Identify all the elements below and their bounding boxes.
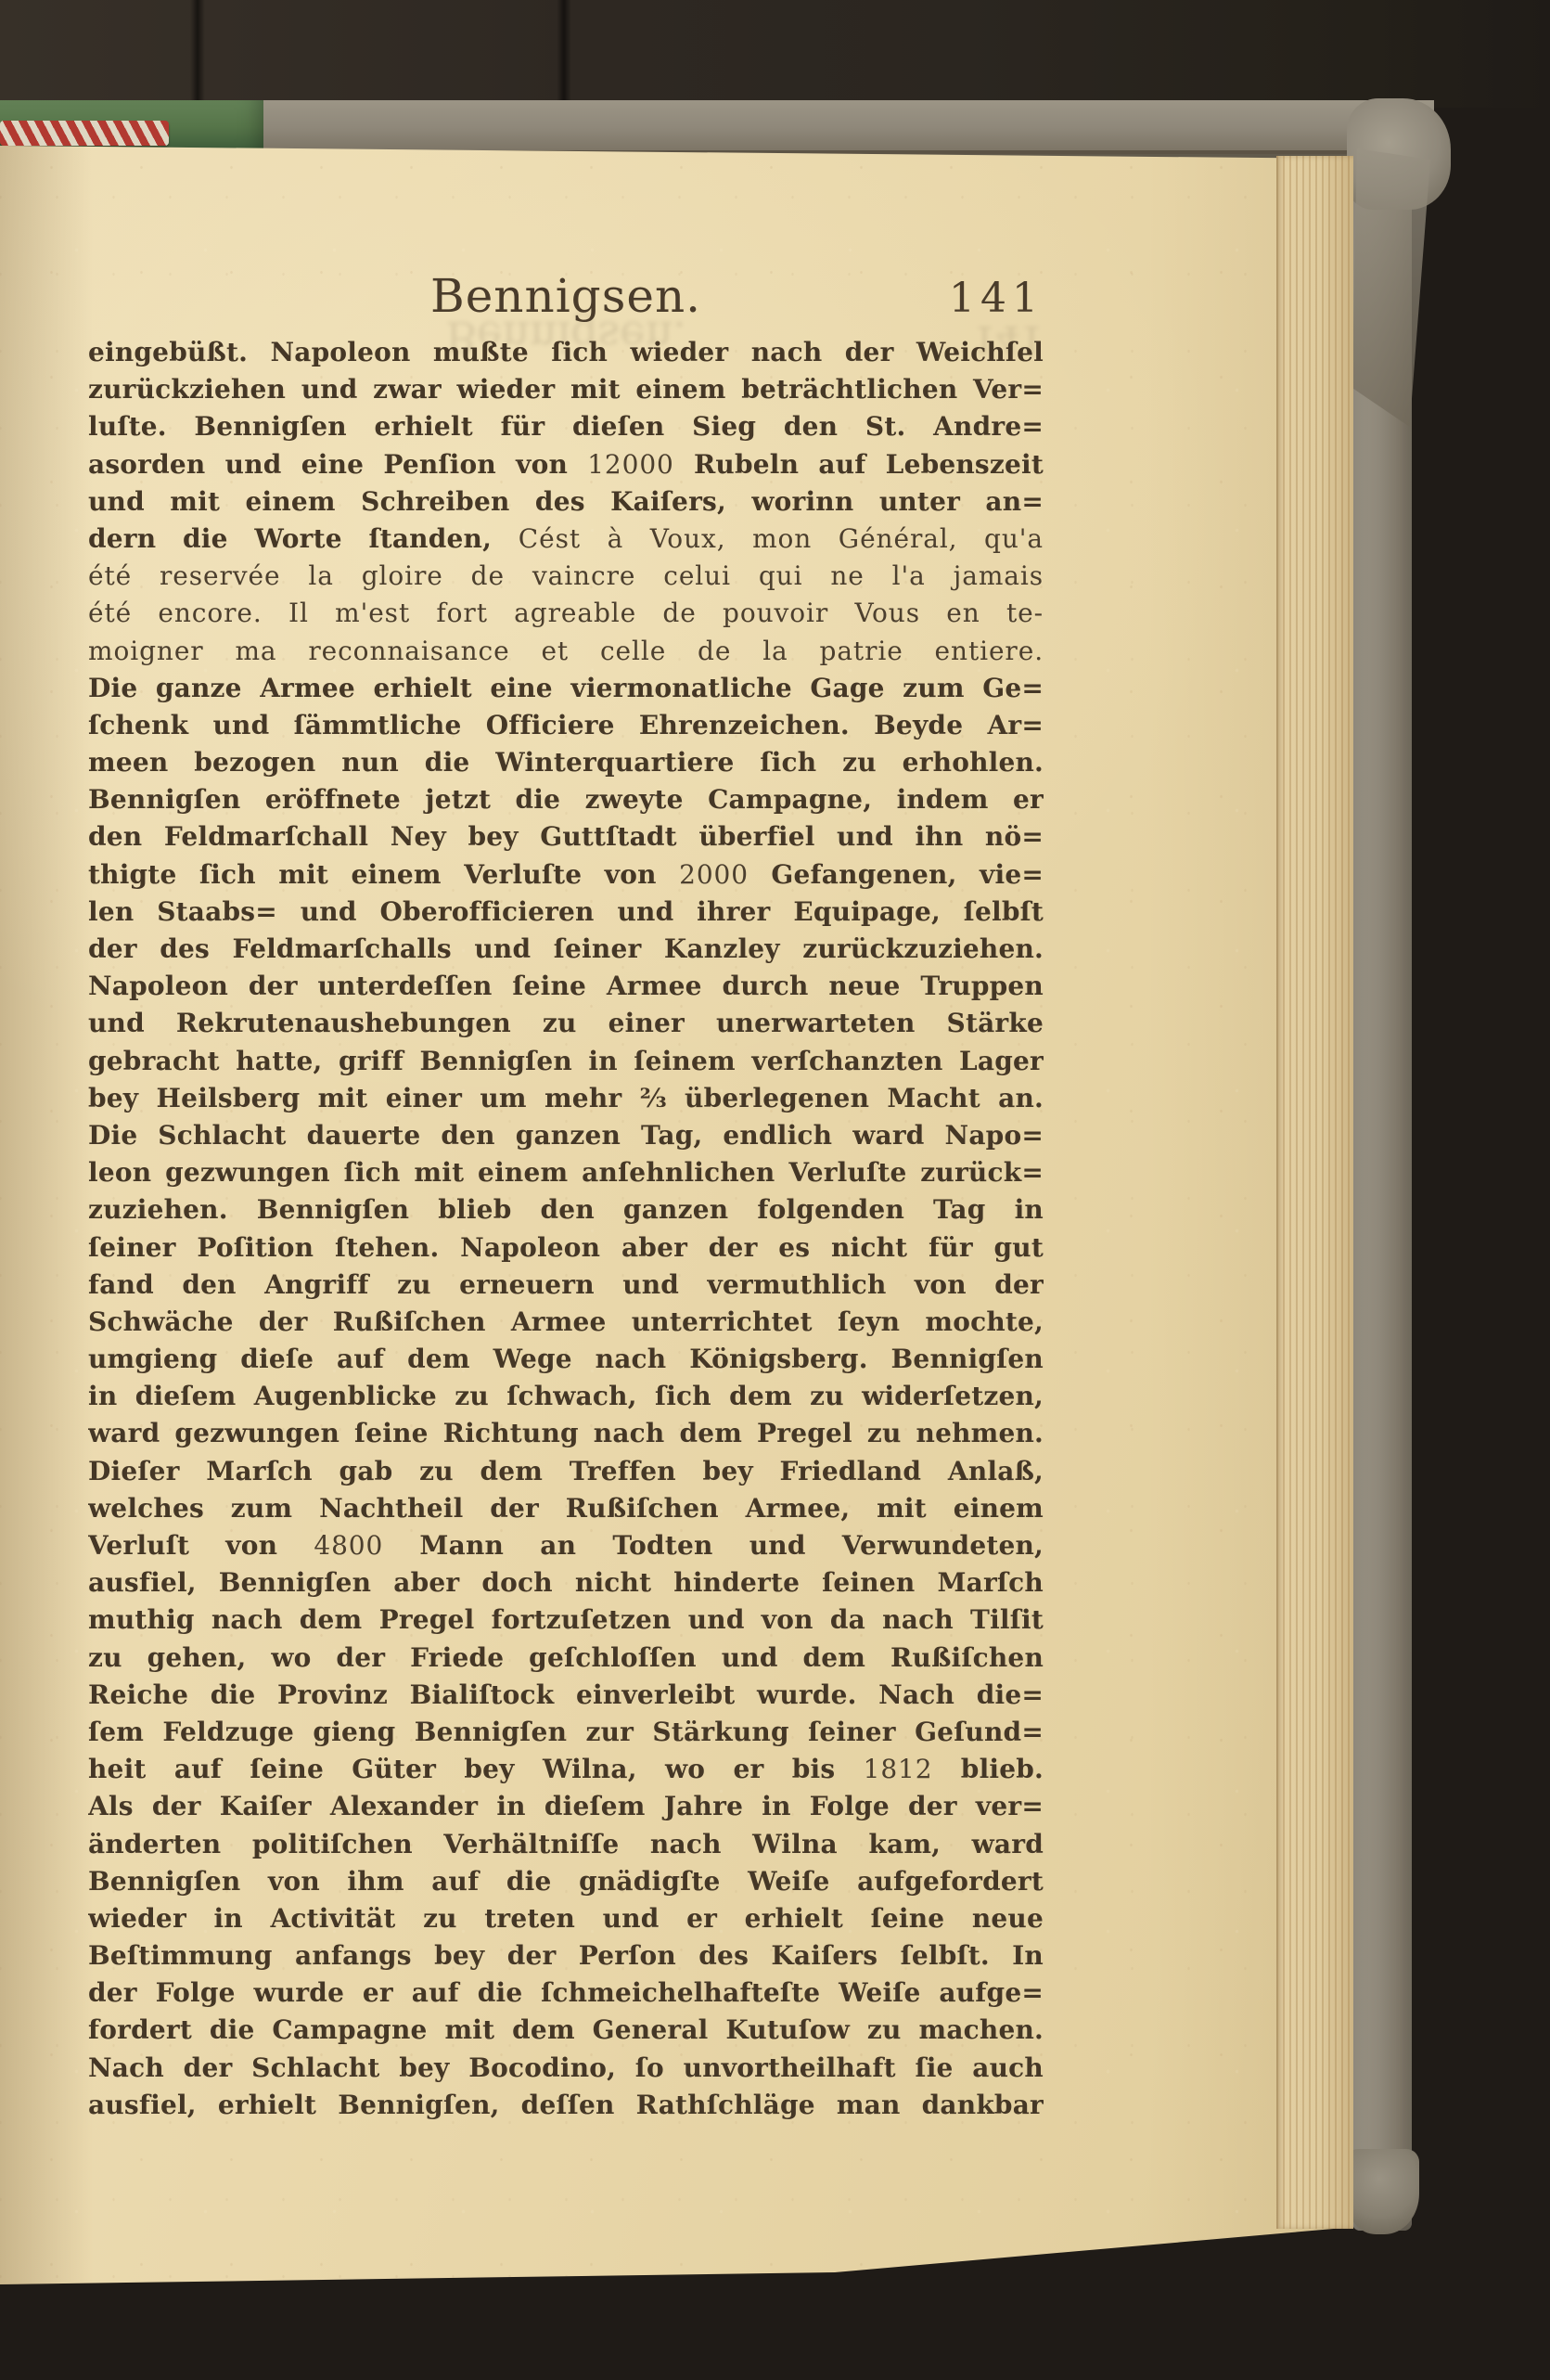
cover-crease	[557, 0, 571, 108]
antiqua-text-segment: 4800	[314, 1530, 383, 1561]
fraktur-text-segment: Dieſer Marſch gab zu dem Treffen bey Fri…	[88, 1456, 1044, 1486]
body-line: ſchenk und ſämmtliche Officiere Ehrenzei…	[88, 707, 1044, 744]
body-line: gebracht hatte, griff Bennigſen in ſeine…	[88, 1043, 1044, 1080]
body-line: und mit einem Schreiben des Kaiſers, wor…	[88, 483, 1044, 521]
body-line: luſte. Bennigſen erhielt für dieſen Sieg…	[88, 408, 1044, 445]
body-line: été encore. Il m'est fort agreable de po…	[88, 595, 1044, 632]
fraktur-text-segment: blieb.	[932, 1754, 1044, 1784]
antiqua-text-segment: été reservée la gloire de vaincre celui …	[88, 560, 1044, 591]
body-line: welches zum Nachtheil der Rußiſchen Arme…	[88, 1490, 1044, 1527]
fraktur-text-segment: leon gezwungen ſich mit einem anſehnlich…	[88, 1157, 1044, 1188]
body-line: Verluſt von 4800 Mann an Todten und Verw…	[88, 1527, 1044, 1564]
body-line: ausfiel, Bennigſen aber doch nicht hinde…	[88, 1564, 1044, 1602]
body-line: Bennigſen von ihm auf die gnädigſte Weiſ…	[88, 1863, 1044, 1900]
fraktur-text-segment: und Rekrutenaushebungen zu einer unerwar…	[88, 1008, 1044, 1038]
fraktur-text-segment: der des Feldmarſchalls und ſeiner Kanzle…	[88, 933, 1044, 964]
fraktur-text-segment: gebracht hatte, griff Bennigſen in ſeine…	[88, 1046, 1044, 1076]
fraktur-text-segment: Nach der Schlacht bey Bocodino, ſo unvor…	[88, 2052, 1044, 2083]
fraktur-text-segment: asorden und eine Penſion von	[88, 449, 587, 480]
fraktur-text-segment: fand den Angriff zu erneuern und vermuth…	[88, 1269, 1044, 1300]
fraktur-text-segment: fordert die Campagne mit dem General Kut…	[88, 2014, 1044, 2045]
body-line: meen bezogen nun die Winterquartiere ſic…	[88, 744, 1044, 781]
antiqua-text-segment: 1812	[864, 1754, 933, 1784]
body-line: änderten politiſchen Verhältniſſe nach W…	[88, 1826, 1044, 1863]
antiqua-text-segment: Cést à Voux, mon Général, qu'a	[519, 523, 1044, 554]
antiqua-text-segment: été encore. Il m'est fort agreable de po…	[88, 598, 1044, 628]
fraktur-text-segment: meen bezogen nun die Winterquartiere ſic…	[88, 747, 1044, 778]
fraktur-text-segment: der Folge wurde er auf die ſchmeichelhaf…	[88, 1977, 1044, 2008]
fraktur-text-segment: umgieng dieſe auf dem Wege nach Königsbe…	[88, 1344, 1044, 1374]
page-fore-edge	[1276, 156, 1353, 2229]
cover-corner-crease	[1351, 148, 1430, 427]
text-block: eingebüßt. Napoleon mußte ſich wieder na…	[88, 334, 1044, 2124]
fraktur-text-segment: Die ganze Armee erhielt eine viermonatli…	[88, 673, 1044, 703]
fraktur-text-segment: den Feldmarſchall Ney bey Guttſtadt über…	[88, 821, 1044, 852]
body-line: den Feldmarſchall Ney bey Guttſtadt über…	[88, 818, 1044, 856]
fraktur-text-segment: Reiche die Provinz Bialiſtock einverleib…	[88, 1679, 1044, 1710]
antiqua-text-segment: 12000	[587, 449, 674, 480]
fraktur-text-segment: Beſtimmung anfangs bey der Perſon des Ka…	[88, 1940, 1044, 1971]
body-line: Die ganze Armee erhielt eine viermonatli…	[88, 670, 1044, 707]
body-line: Beſtimmung anfangs bey der Perſon des Ka…	[88, 1937, 1044, 1975]
body-line: der des Feldmarſchalls und ſeiner Kanzle…	[88, 931, 1044, 968]
fraktur-text-segment: Verluſt von	[88, 1530, 314, 1561]
fraktur-text-segment: und mit einem Schreiben des Kaiſers, wor…	[88, 486, 1044, 517]
body-line: bey Heilsberg mit einer um mehr ⅔ überle…	[88, 1080, 1044, 1117]
page-number: 141	[88, 275, 1044, 322]
fraktur-text-segment: ſem Feldzuge gieng Bennigſen zur Stärkun…	[88, 1717, 1044, 1747]
fraktur-text-segment: in dieſem Augenblicke zu ſchwach, ſich d…	[88, 1381, 1044, 1411]
fraktur-text-segment: Bennigſen eröffnete jetzt die zweyte Cam…	[88, 784, 1044, 815]
body-line: fand den Angriff zu erneuern und vermuth…	[88, 1267, 1044, 1304]
body-line: zu gehen, wo der Friede geſchloſſen und …	[88, 1640, 1044, 1677]
body-line: Napoleon der unterdeſſen ſeine Armee dur…	[88, 968, 1044, 1005]
fraktur-text-segment: ausfiel, Bennigſen aber doch nicht hinde…	[88, 1567, 1044, 1598]
fraktur-text-segment: Schwäche der Rußiſchen Armee unterrichte…	[88, 1306, 1044, 1337]
body-line: dern die Worte ſtanden, Cést à Voux, mon…	[88, 521, 1044, 558]
body-line: leon gezwungen ſich mit einem anſehnlich…	[88, 1154, 1044, 1191]
fraktur-text-segment: bey Heilsberg mit einer um mehr ⅔ überle…	[88, 1083, 1044, 1113]
fraktur-text-segment: Bennigſen von ihm auf die gnädigſte Weiſ…	[88, 1866, 1044, 1897]
body-line: Schwäche der Rußiſchen Armee unterrichte…	[88, 1304, 1044, 1341]
body-line: zurückziehen und zwar wieder mit einem b…	[88, 371, 1044, 408]
fraktur-text-segment: dern die Worte ſtanden,	[88, 523, 519, 554]
fraktur-text-segment: Napoleon der unterdeſſen ſeine Armee dur…	[88, 971, 1044, 1001]
body-line: Nach der Schlacht bey Bocodino, ſo unvor…	[88, 2050, 1044, 2087]
book-scan-scene: Bennigsen. 141 Bennigsen. 141 eingebüßt.…	[0, 0, 1550, 2380]
fraktur-text-segment: ausfiel, erhielt Bennigſen, deſſen Rathſ…	[88, 2090, 1044, 2120]
body-line: und Rekrutenaushebungen zu einer unerwar…	[88, 1005, 1044, 1042]
body-line: ward gezwungen ſeine Richtung nach dem P…	[88, 1415, 1044, 1452]
body-line: Als der Kaiſer Alexander in dieſem Jahre…	[88, 1788, 1044, 1825]
body-line: eingebüßt. Napoleon mußte ſich wieder na…	[88, 334, 1044, 371]
fraktur-text-segment: len Staabs= und Oberofficieren und ihrer…	[88, 896, 1044, 927]
fraktur-text-segment: ſeiner Poſition ſtehen. Napoleon aber de…	[88, 1232, 1044, 1263]
body-line: Reiche die Provinz Bialiſtock einverleib…	[88, 1677, 1044, 1714]
body-line: ausfiel, erhielt Bennigſen, deſſen Rathſ…	[88, 2087, 1044, 2124]
fraktur-text-segment: Die Schlacht dauerte den ganzen Tag, end…	[88, 1120, 1044, 1151]
antiqua-text-segment: moigner ma reconnaisance et celle de la …	[88, 636, 1044, 666]
fraktur-text-segment: wieder in Activität zu treten und er erh…	[88, 1903, 1044, 1934]
fraktur-text-segment: luſte. Bennigſen erhielt für dieſen Sieg…	[88, 411, 1044, 442]
body-line: len Staabs= und Oberofficieren und ihrer…	[88, 894, 1044, 931]
body-line: ſeiner Poſition ſtehen. Napoleon aber de…	[88, 1229, 1044, 1267]
body-line: asorden und eine Penſion von 12000 Rubel…	[88, 446, 1044, 483]
body-line: wieder in Activität zu treten und er erh…	[88, 1900, 1044, 1937]
body-line: umgieng dieſe auf dem Wege nach Königsbe…	[88, 1341, 1044, 1378]
fraktur-text-segment: zuziehen. Bennigſen blieb den ganzen fol…	[88, 1194, 1044, 1225]
book-cover-top-edge	[0, 0, 1550, 108]
fraktur-text-segment: heit auf ſeine Güter bey Wilna, wo er bi…	[88, 1754, 864, 1784]
body-line: muthig nach dem Pregel fortzuſetzen und …	[88, 1602, 1044, 1639]
body-line: in dieſem Augenblicke zu ſchwach, ſich d…	[88, 1378, 1044, 1415]
fraktur-text-segment: ſchenk und ſämmtliche Officiere Ehrenzei…	[88, 710, 1044, 740]
body-line: fordert die Campagne mit dem General Kut…	[88, 2012, 1044, 2049]
fraktur-text-segment: zu gehen, wo der Friede geſchloſſen und …	[88, 1642, 1044, 1673]
cover-edge-top	[263, 100, 1434, 154]
fraktur-text-segment: zurückziehen und zwar wieder mit einem b…	[88, 374, 1044, 405]
fraktur-text-segment: ward gezwungen ſeine Richtung nach dem P…	[88, 1418, 1044, 1448]
body-line: Bennigſen eröffnete jetzt die zweyte Cam…	[88, 781, 1044, 818]
body-line: Die Schlacht dauerte den ganzen Tag, end…	[88, 1117, 1044, 1154]
body-line: Dieſer Marſch gab zu dem Treffen bey Fri…	[88, 1453, 1044, 1490]
fraktur-text-segment: änderten politiſchen Verhältniſſe nach W…	[88, 1829, 1044, 1859]
fraktur-text-segment: Rubeln auf Lebenszeit	[674, 449, 1044, 480]
fraktur-text-segment: Mann an Todten und Verwundeten,	[383, 1530, 1044, 1561]
fraktur-text-segment: Gefangenen, vie=	[749, 859, 1044, 890]
fraktur-text-segment: muthig nach dem Pregel fortzuſetzen und …	[88, 1604, 1044, 1635]
body-line: été reservée la gloire de vaincre celui …	[88, 558, 1044, 595]
fraktur-text-segment: welches zum Nachtheil der Rußiſchen Arme…	[88, 1493, 1044, 1524]
body-line: zuziehen. Bennigſen blieb den ganzen fol…	[88, 1191, 1044, 1229]
body-line: ſem Feldzuge gieng Bennigſen zur Stärkun…	[88, 1714, 1044, 1751]
cover-corner-bottom-fold	[1347, 2149, 1419, 2234]
body-line: thigte ſich mit einem Verluſte von 2000 …	[88, 856, 1044, 894]
antiqua-text-segment: 2000	[679, 859, 749, 890]
body-line: der Folge wurde er auf die ſchmeichelhaf…	[88, 1975, 1044, 2012]
cover-crease	[190, 0, 205, 108]
headband-red-white	[0, 121, 169, 146]
cover-edge-right	[1352, 113, 1412, 2231]
fraktur-text-segment: eingebüßt. Napoleon mußte ſich wieder na…	[88, 337, 1044, 367]
body-line: moigner ma reconnaisance et celle de la …	[88, 633, 1044, 670]
fraktur-text-segment: Als der Kaiſer Alexander in dieſem Jahre…	[88, 1791, 1044, 1821]
body-line: heit auf ſeine Güter bey Wilna, wo er bi…	[88, 1751, 1044, 1788]
fraktur-text-segment: thigte ſich mit einem Verluſte von	[88, 859, 679, 890]
